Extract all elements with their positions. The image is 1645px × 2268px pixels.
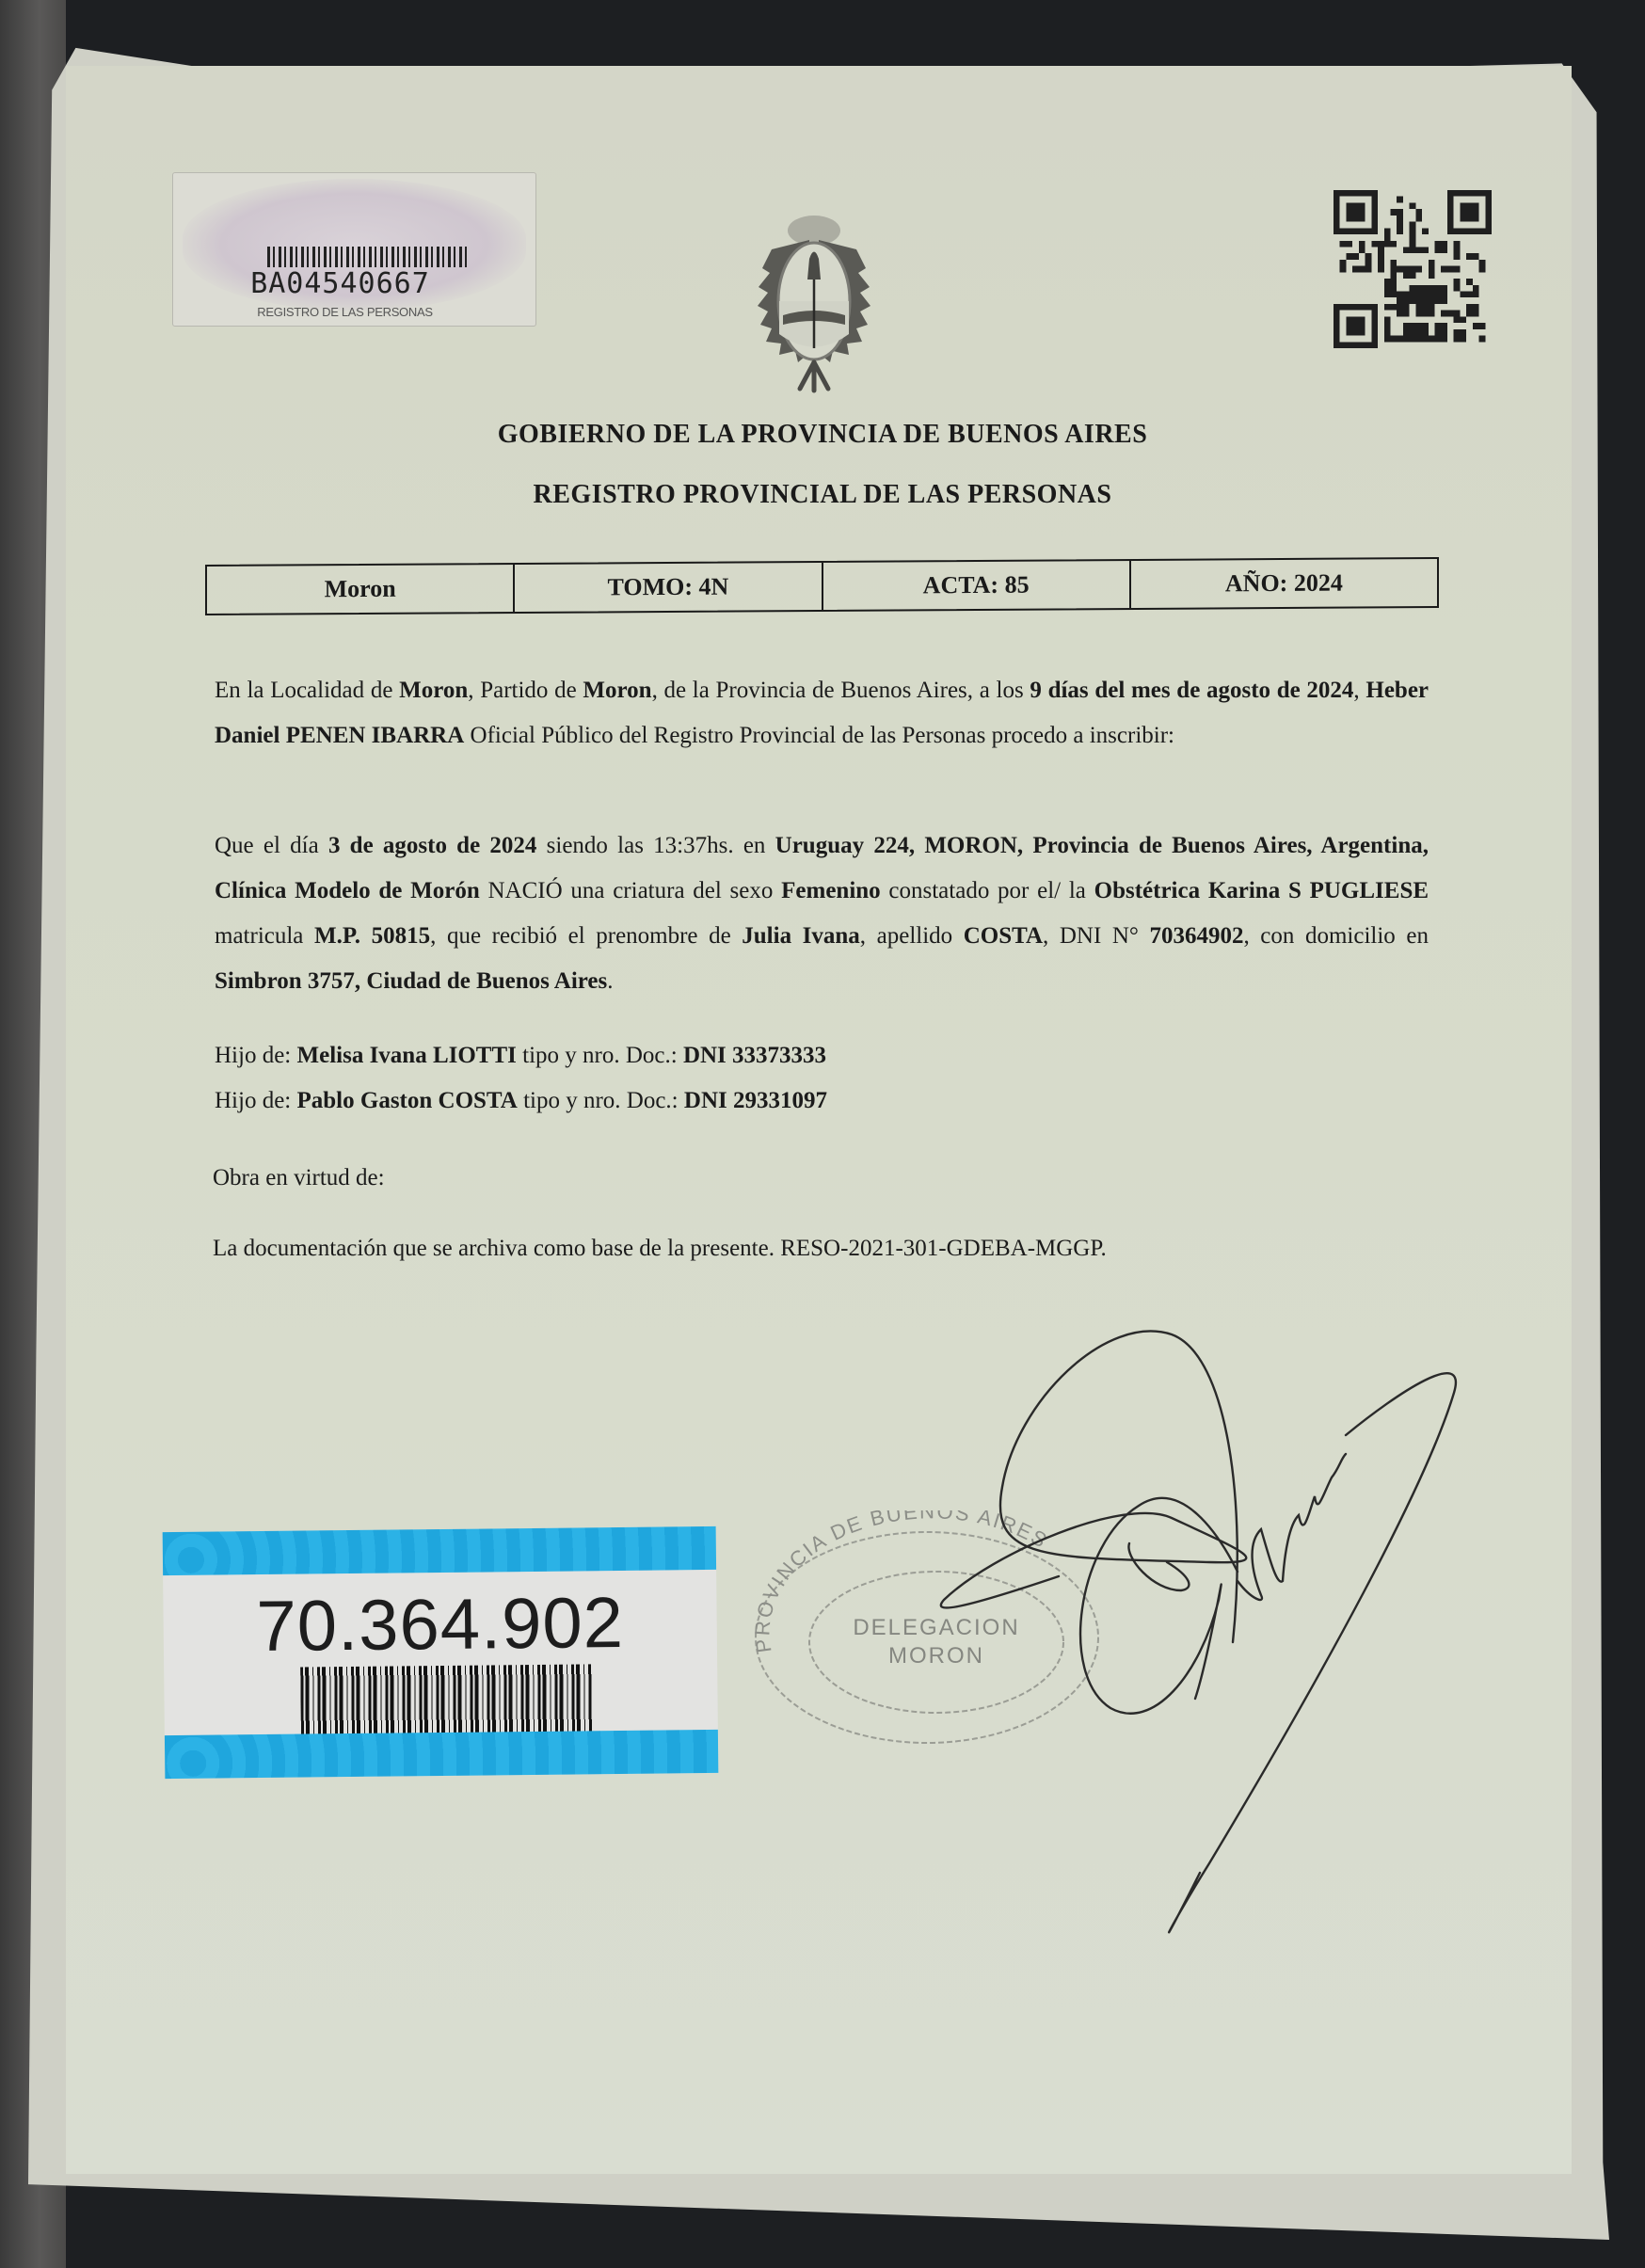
text-fragment: , de la Provincia de Buenos Aires, a los — [652, 678, 1030, 703]
parent-name: Pablo Gaston COSTA — [297, 1088, 518, 1113]
text-fragment: , DNI N° — [1043, 923, 1149, 949]
registry-locality: Moron — [207, 565, 515, 614]
text-fragment: , apellido — [860, 923, 964, 949]
birth-time: siendo las 13:37hs. en — [536, 833, 775, 858]
barcode-icon — [300, 1664, 593, 1734]
text-fragment: , Partido de — [468, 678, 583, 703]
text-fragment: , con domicilio en — [1243, 923, 1429, 949]
parent-mother: Hijo de: Melisa Ivana LIOTTI tipo y nro.… — [215, 1043, 826, 1069]
sex-value: Femenino — [781, 878, 881, 903]
parent-doc: DNI 29331097 — [684, 1088, 827, 1113]
parent-prefix: Hijo de: — [215, 1043, 297, 1068]
parent-father: Hijo de: Pablo Gaston COSTA tipo y nro. … — [215, 1088, 827, 1114]
dni-number: 70.364.902 — [163, 1581, 717, 1669]
dni-sticker: 70.364.902 — [163, 1526, 719, 1779]
parent-doc-label: tipo y nro. Doc.: — [518, 1088, 684, 1113]
address-value: Simbron 3757, Ciudad de Buenos Aires — [215, 968, 607, 994]
given-name: Julia Ivana — [742, 923, 860, 949]
locality-value: Moron — [399, 678, 468, 703]
obra-label: Obra en virtud de: — [213, 1165, 385, 1191]
coat-of-arms-icon — [753, 212, 875, 395]
parent-doc-label: tipo y nro. Doc.: — [517, 1043, 683, 1068]
birth-date: 3 de agosto de 2024 — [328, 833, 536, 858]
registration-date: 9 días del mes de agosto de 2024 — [1030, 678, 1353, 703]
text-fragment: constatado por el/ la — [881, 878, 1094, 903]
sticker-band-bottom — [165, 1730, 718, 1779]
text-fragment: . — [607, 968, 613, 994]
parent-prefix: Hijo de: — [215, 1088, 297, 1113]
surname: COSTA — [964, 923, 1043, 949]
text-fragment: NACIÓ una criatura del sexo — [480, 878, 781, 903]
text-fragment: matricula — [215, 923, 314, 949]
dni-value: 70364902 — [1149, 923, 1243, 949]
birth-details-paragraph: Que el día 3 de agosto de 2024 siendo la… — [215, 823, 1429, 1004]
professional-license: M.P. 50815 — [314, 923, 430, 949]
registry-acta: ACTA: 85 — [823, 561, 1131, 610]
parent-name: Melisa Ivana LIOTTI — [297, 1043, 517, 1068]
text-fragment: , que recibió el prenombre de — [430, 923, 742, 949]
registration-paragraph: En la Localidad de Moron, Partido de Mor… — [215, 668, 1429, 759]
text-fragment: Oficial Público del Registro Provincial … — [464, 723, 1174, 748]
header-registry: REGISTRO PROVINCIAL DE LAS PERSONAS — [0, 480, 1645, 510]
documentation-text: La documentación que se archiva como bas… — [213, 1236, 1107, 1262]
attending-professional: Obstétrica Karina S PUGLIESE — [1094, 878, 1429, 903]
registry-year: AÑO: 2024 — [1131, 559, 1437, 608]
registry-tomo: TOMO: 4N — [515, 563, 822, 612]
barcode-icon — [267, 247, 467, 267]
security-code: BA04540667 — [173, 267, 535, 300]
qr-code-icon — [1333, 190, 1493, 348]
partido-value: Moron — [583, 678, 651, 703]
parent-doc: DNI 33373333 — [683, 1043, 826, 1068]
sticker-band-top — [163, 1526, 716, 1575]
security-sticker: BA04540667 REGISTRO DE LAS PERSONAS — [172, 172, 536, 327]
header-government: GOBIERNO DE LA PROVINCIA DE BUENOS AIRES — [0, 420, 1645, 450]
text-fragment: , — [1353, 678, 1366, 703]
registry-info-table: Moron TOMO: 4N ACTA: 85 AÑO: 2024 — [205, 557, 1439, 615]
security-sticker-label: REGISTRO DE LAS PERSONAS — [173, 305, 535, 319]
text-fragment: En la Localidad de — [215, 678, 399, 703]
signature-icon — [927, 1318, 1492, 2164]
text-fragment: Que el día — [215, 833, 328, 858]
